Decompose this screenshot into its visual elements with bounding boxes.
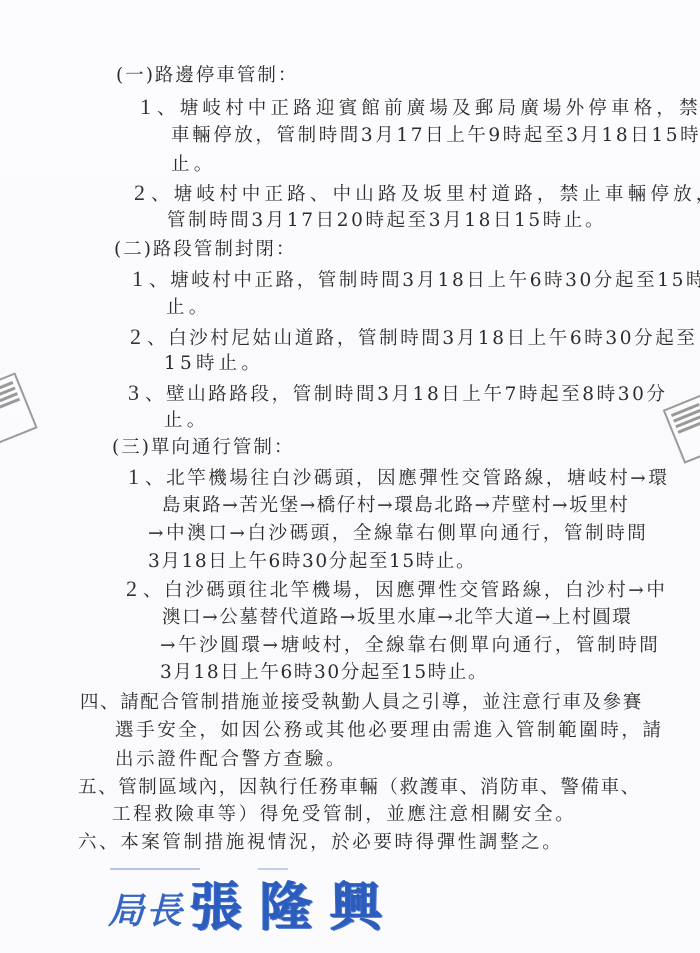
right-edge-seal-icon xyxy=(663,394,700,464)
section-heading-1: (一)路邊停車管制： xyxy=(116,64,298,88)
article-5-line-1: 五、管制區域內，因執行任務車輛（救護車、消防車、警備車、 xyxy=(78,776,641,800)
article-5-line-2: 工程救險車等）得免受管制，並應注意相關安全。 xyxy=(112,803,576,827)
section-1-item-2-line-2: 管制時間3月17日20時起至3月18日15時止。 xyxy=(167,209,606,233)
section-3-item-1-line-2: 島東路→苦光堡→橋仔村→環島北路→芹壁村→坂里村 xyxy=(162,494,629,518)
item-number: 1 xyxy=(132,267,143,291)
section-1-item-2-line-1: 2、塘岐村中正路、中山路及坂里村道路，禁止車輛停放， xyxy=(134,181,700,207)
article-4-line-3: 出示證件配合警方查驗。 xyxy=(115,748,347,772)
item-number: 2 xyxy=(126,577,137,601)
section-3-item-2-line-2: 澳口→公墓替代道路→坂里水庫→北竿大道→上村圓環 xyxy=(162,606,632,630)
section-2-item-1-line-1: 1、塘岐村中正路，管制時間3月18日上午6時30分起至15時 xyxy=(132,267,700,293)
article-6-line-1: 六、本案管制措施視情況，於必要時得彈性調整之。 xyxy=(78,831,563,855)
section-3-item-2-line-4: 3月18日上午6時30分起至15時止。 xyxy=(160,661,488,685)
section-3-item-1-line-1: 1、北竿機場往白沙碼頭，因應彈性交管路線，塘岐村→環 xyxy=(128,465,670,491)
section-1-item-1-line-3: 止。 xyxy=(171,153,216,177)
section-2-item-2-line-1: 2、白沙村尼姑山道路，管制時間3月18日上午6時30分起至 xyxy=(130,325,697,351)
section-3-item-2-line-3: →午沙圓環→塘岐村，全線靠右側單向通行，管制時間 xyxy=(160,634,660,658)
section-2-item-3-line-1: 3、壁山路路段，管制時間3月18日上午7時起至8時30分 xyxy=(128,381,668,407)
item-number: 1 xyxy=(140,95,151,119)
article-4-line-2: 選手安全，如因公務或其他必要理由需進入管制範圍時，請 xyxy=(115,719,664,743)
section-3-item-1-line-3: →中澳口→白沙碼頭，全線靠右側單向通行，管制時間 xyxy=(148,522,648,546)
section-3-item-2-line-1: 2、白沙碼頭往北竿機場，因應彈性交管路線，白沙村→中 xyxy=(126,577,668,603)
section-1-item-1-line-2: 車輛停放，管制時間3月17日上午9時起至3月18日15時 xyxy=(171,124,700,148)
section-heading-2: (二)路段管制封閉： xyxy=(114,238,296,262)
section-1-item-1-line-1: 1、塘岐村中正路迎賓館前廣場及郵局廣場外停車格，禁止 xyxy=(140,95,700,121)
section-2-item-3-line-2: 止。 xyxy=(164,409,209,433)
section-2-item-1-line-2: 止。 xyxy=(166,296,211,320)
section-3-item-1-line-4: 3月18日上午6時30分起至15時止。 xyxy=(148,550,476,574)
signature-title: 局長 xyxy=(108,886,184,938)
director-signature-stamp: 局長 張隆興 xyxy=(108,868,400,938)
signature-name: 張隆興 xyxy=(190,878,400,938)
article-4-line-1: 四、請配合管制措施並接受執勤人員之引導，並注意行車及參賽 xyxy=(80,691,643,715)
item-number: 2 xyxy=(130,325,141,349)
item-number: 1 xyxy=(128,465,139,489)
item-number: 3 xyxy=(128,381,139,405)
section-heading-3: (三)單向通行管制： xyxy=(112,436,294,460)
section-2-item-2-line-2: 15時止。 xyxy=(164,352,264,376)
left-edge-seal-icon xyxy=(0,372,38,443)
document-page: (一)路邊停車管制： 1、塘岐村中正路迎賓館前廣場及郵局廣場外停車格，禁止 車輛… xyxy=(0,0,700,953)
item-number: 2 xyxy=(134,181,145,205)
